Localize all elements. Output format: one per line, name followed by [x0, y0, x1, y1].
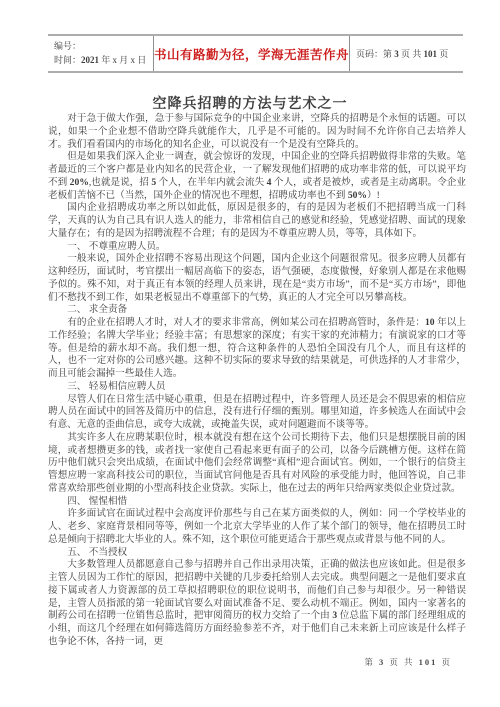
footer-page-number: 第 3 页 共 101 页	[364, 656, 452, 668]
section-heading: 四、 惺惺相惜	[48, 496, 466, 509]
section-heading: 二、 求全责备	[48, 304, 466, 317]
paragraph: 许多面试官在面试过程中会高度评价那些与自己在某方面类似的人，例如：同一个学校毕业…	[48, 508, 466, 546]
header-page-info: 页码：第 3 页 共 101 页	[356, 47, 448, 60]
paragraph: 尽管人们在日常生活中疑心重重，但是在招聘过程中，许多管理人员还是会不假思索的相信…	[48, 394, 466, 432]
section-heading: 五、 不当授权	[48, 547, 466, 560]
header-page-cell: 页码：第 3 页 共 101 页	[350, 36, 463, 71]
paragraph: 有的企业在招聘人才时，对人才的要求非常高，例如某公司在招聘高管时，条件是：10 …	[48, 317, 466, 381]
motto-text: 书山有路勤为径，学海无涯苦作舟	[154, 45, 349, 63]
paragraph: 但是如果我们深入企业一调查，就会惊讶的发现，中国企业的空降兵招聘做得非常的失败。…	[48, 151, 466, 202]
doc-number-label: 编号：	[54, 40, 147, 54]
page-title: 空降兵招聘的方法与艺术之一	[0, 93, 500, 113]
document-body: 对于急于做大作强，急于参与国际竞争的中国企业来讲，空降兵的招聘是个永恒的话题。可…	[48, 113, 466, 649]
paragraph: 其实许多人在应聘某职位时，根本就没有想在这个公司长期待下去，他们只是想摆脱目前的…	[48, 432, 466, 496]
header-meta-cell: 编号： 时间：2021 年 x 月 x 日	[48, 36, 153, 71]
header-motto-cell: 书山有路勤为径，学海无涯苦作舟	[153, 36, 350, 71]
header-table: 编号： 时间：2021 年 x 月 x 日 书山有路勤为径，学海无涯苦作舟 页码…	[48, 34, 463, 73]
section-heading: 三、 轻易相信应聘人员	[48, 381, 466, 394]
paragraph: 国内企业招聘成功率之所以如此低，原因是很多的，有的是因为老板们不把招聘当成一门科…	[48, 202, 466, 240]
section-heading: 一、 不尊重应聘人员。	[48, 241, 466, 254]
doc-date-line: 时间：2021 年 x 月 x 日	[54, 54, 147, 68]
document-page: 编号： 时间：2021 年 x 月 x 日 书山有路勤为径，学海无涯苦作舟 页码…	[0, 0, 500, 707]
paragraph: 对于急于做大作强，急于参与国际竞争的中国企业来讲，空降兵的招聘是个永恒的话题。可…	[48, 113, 466, 151]
paragraph: 大多数管理人员都愿意自己参与招聘并自己作出录用决策，正确的做法也应该如此。但是很…	[48, 559, 466, 648]
paragraph: 一般来说，国外企业招聘不容易出现这个问题，国内企业这个问题很常见。很多应聘人员都…	[48, 253, 466, 304]
